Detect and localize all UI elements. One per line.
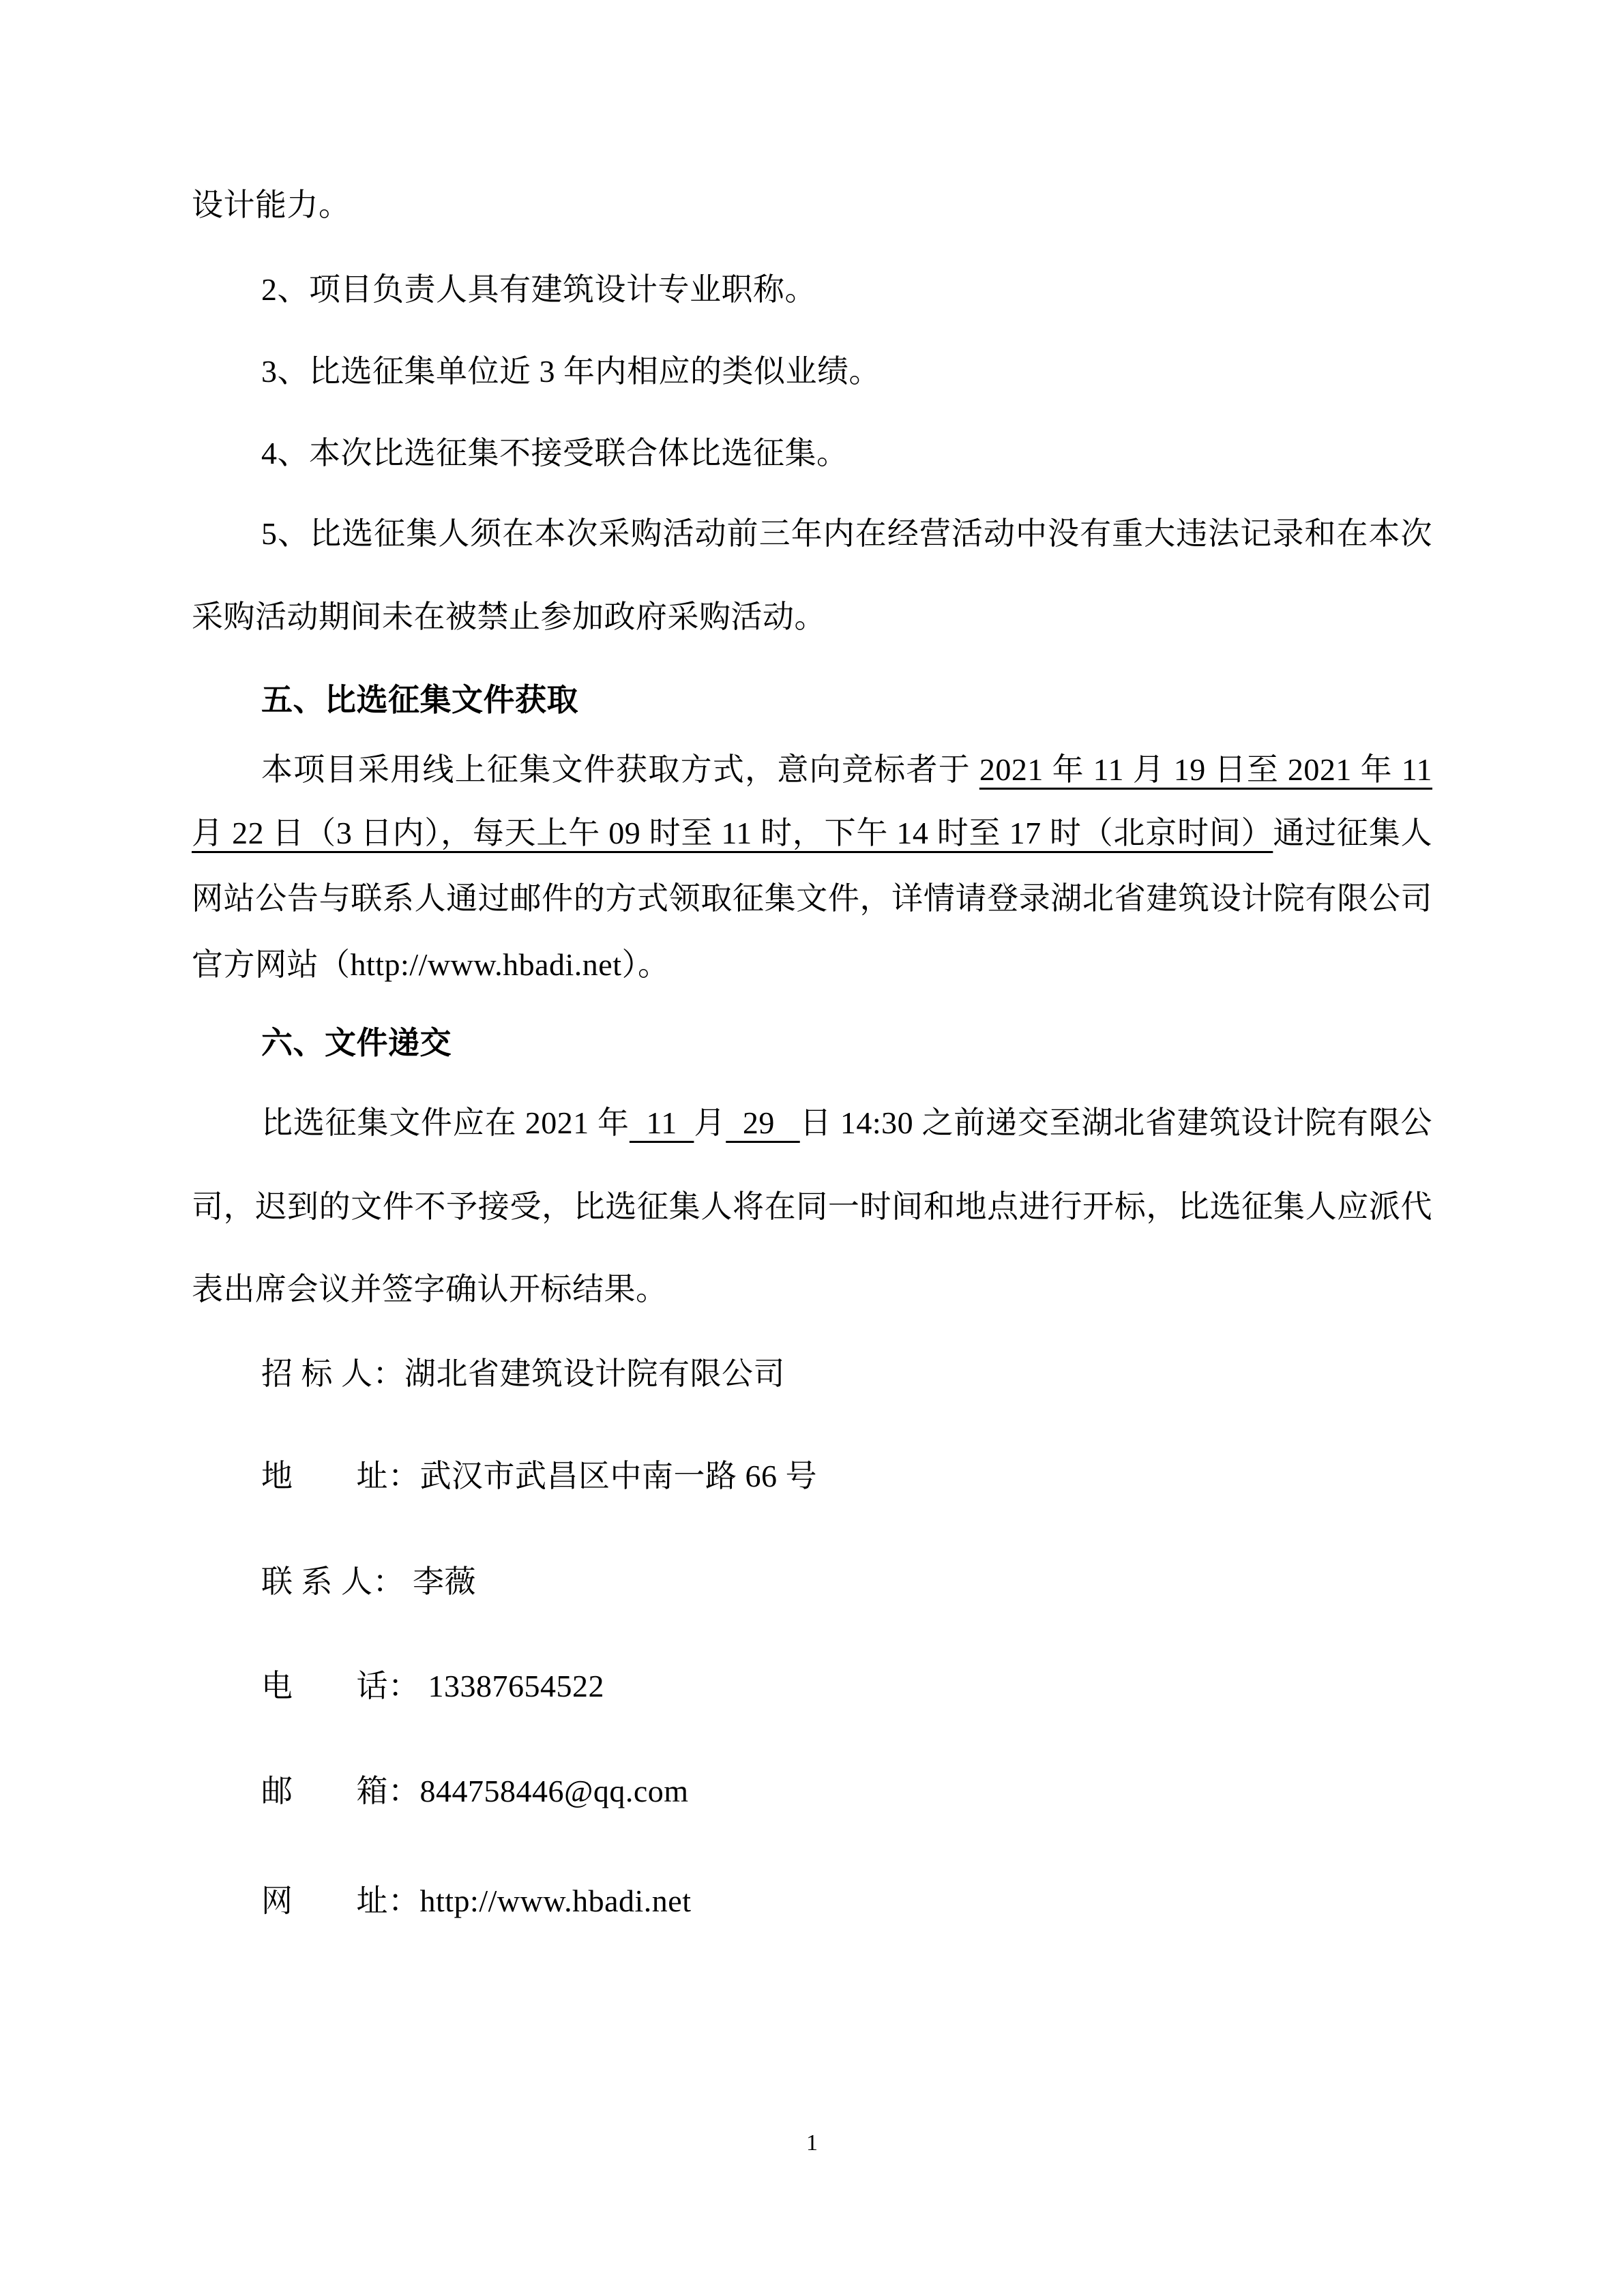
contact-value: 844758446@qq.com [420,1774,689,1808]
document-page: 设计能力。 2、项目负责人具有建筑设计专业职称。 3、比选征集单位近 3 年内相… [0,0,1624,2296]
condition-item-2: 2、项目负责人具有建筑设计专业职称。 [261,273,816,307]
section-heading-5: 五、比选征集文件获取 [261,683,578,717]
condition-item-5-line-1: 5、比选征集人须在本次采购活动前三年内在经营活动中没有重大违法记录和在本次 [261,517,1432,551]
contact-label: 地 址： [261,1459,420,1493]
page-number: 1 [0,2132,1624,2155]
section5-underlined-date-range: 2021 年 11 月 19 日至 2021 年 11 [979,752,1432,787]
section6-text-run: 日 14:30 之前递交至湖北省建筑设计院有限公 [800,1105,1432,1140]
contact-row-person: 联 系 人： 李薇 [261,1565,476,1599]
contact-value: 13387654522 [420,1669,605,1703]
section5-paragraph-line-3: 网站公告与联系人通过邮件的方式领取征集文件，详情请登录湖北省建筑设计院有限公司 [192,882,1432,916]
section5-paragraph-line-2: 月 22 日（3 日内），每天上午 09 时至 11 时，下午 14 时至 17… [192,816,1432,850]
section6-paragraph-line-2: 司，迟到的文件不予接受，比选征集人将在同一时间和地点进行开标，比选征集人应派代 [192,1190,1432,1224]
section6-underlined-day-blank: 29 [726,1105,800,1140]
section-heading-6: 六、文件递交 [261,1026,452,1060]
section6-paragraph-line-3: 表出席会议并签字确认开标结果。 [192,1272,668,1307]
contact-label: 电 话： [261,1669,420,1703]
contact-row-address: 地 址：武汉市武昌区中南一路 66 号 [261,1459,817,1493]
contact-label: 招 标 人： [261,1356,404,1391]
section6-text-run: 比选征集文件应在 2021 年 [261,1105,630,1140]
section5-paragraph-line-1: 本项目采用线上征集文件获取方式，意向竞标者于 2021 年 11 月 19 日至… [261,753,1432,787]
section6-text-run: 月 [694,1105,726,1140]
condition-item-4: 4、本次比选征集不接受联合体比选征集。 [261,436,848,471]
section5-paragraph-line-4: 官方网站（http://www.hbadi.net）。 [192,948,669,982]
contact-value: http://www.hbadi.net [420,1883,692,1918]
condition-item-5-line-2: 采购活动期间未在被禁止参加政府采购活动。 [192,600,826,634]
section6-underlined-month-blank: 11 [630,1105,694,1140]
contact-row-bidder: 招 标 人：湖北省建筑设计院有限公司 [261,1357,785,1391]
section6-paragraph-line-1: 比选征集文件应在 2021 年 11 月 29 日 14:30 之前递交至湖北省… [261,1106,1432,1140]
contact-value: 湖北省建筑设计院有限公司 [404,1356,785,1391]
paragraph-intro-tail: 设计能力。 [192,188,351,222]
condition-item-3: 3、比选征集单位近 3 年内相应的类似业绩。 [261,355,881,389]
contact-value: 李薇 [404,1564,476,1599]
contact-label: 联 系 人： [261,1564,404,1599]
section5-underlined-time-window: 月 22 日（3 日内），每天上午 09 时至 11 时，下午 14 时至 17… [192,816,1273,850]
contact-label: 网 址： [261,1883,420,1918]
section5-text-run: 本项目采用线上征集文件获取方式，意向竞标者于 [261,752,979,787]
contact-value: 武汉市武昌区中南一路 66 号 [420,1459,818,1493]
section5-text-run: 通过征集人 [1273,816,1432,850]
contact-row-phone: 电 话： 13387654522 [261,1669,604,1703]
contact-row-website: 网 址：http://www.hbadi.net [261,1884,691,1918]
contact-row-email: 邮 箱：844758446@qq.com [261,1774,689,1808]
contact-label: 邮 箱： [261,1774,420,1808]
